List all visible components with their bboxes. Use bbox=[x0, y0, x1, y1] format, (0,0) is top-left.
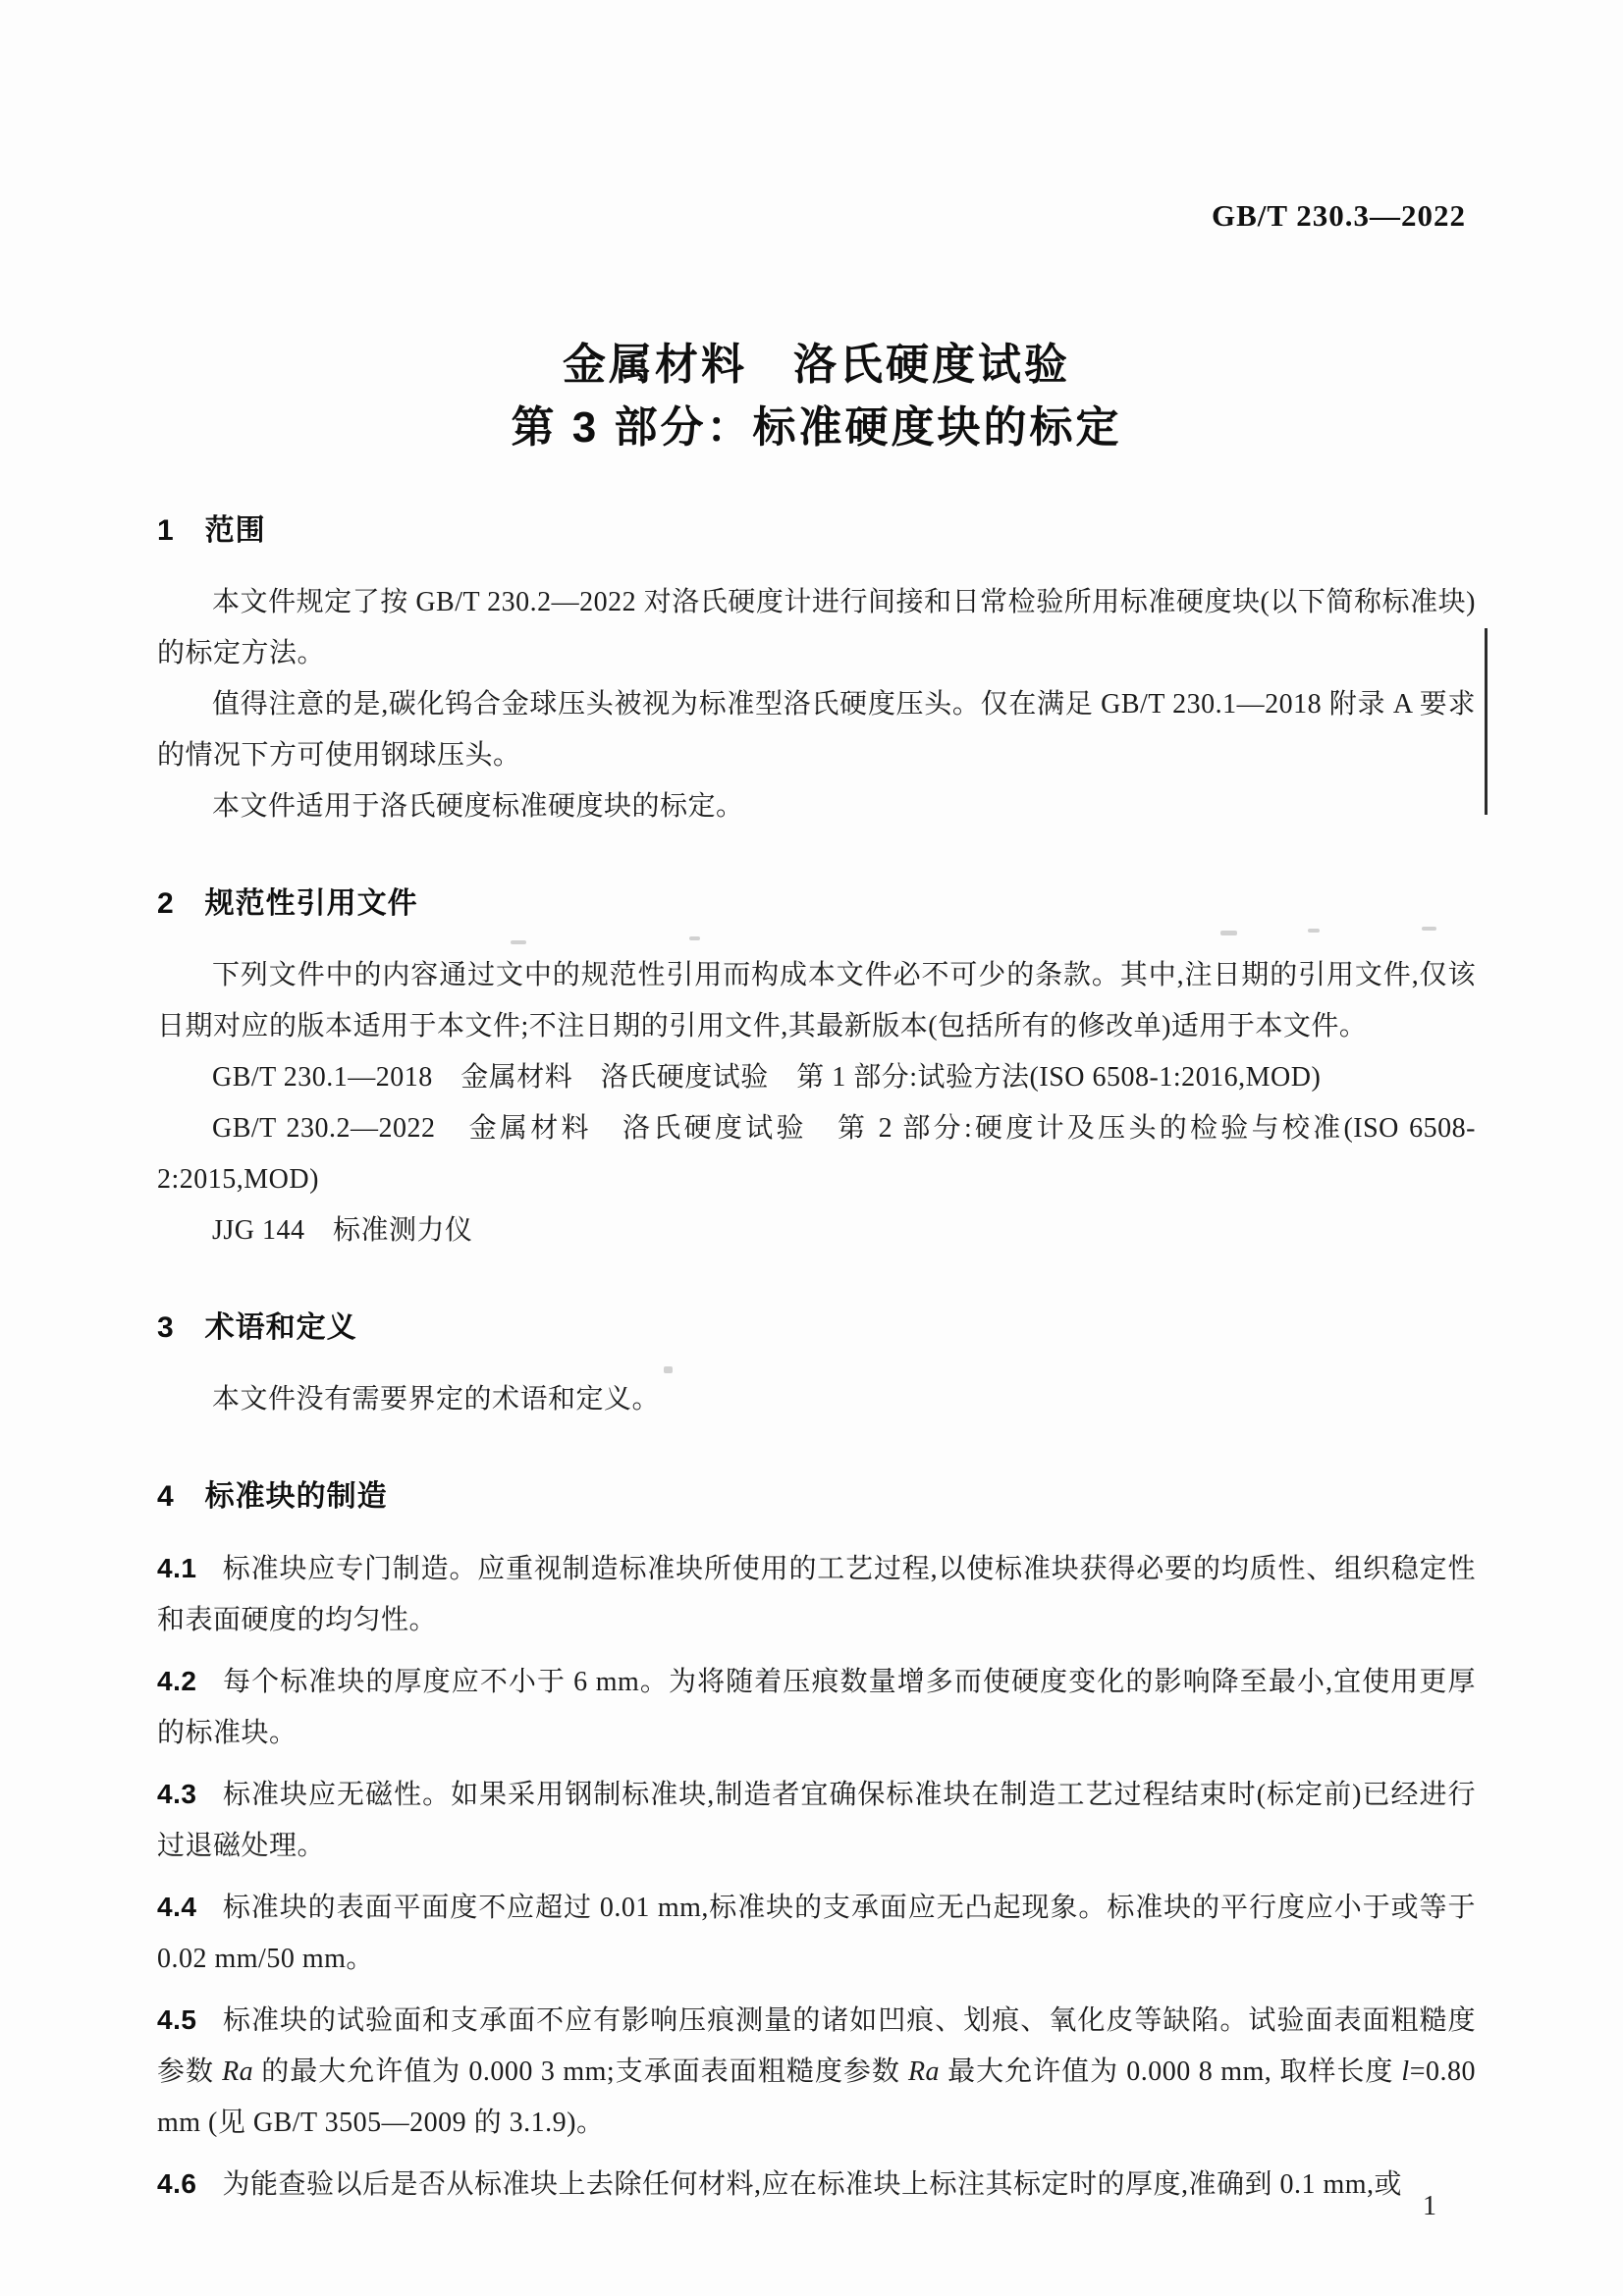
section-1-scope-heading: 1 范围 bbox=[157, 514, 1476, 548]
document-page: GB/T 230.3—2022 金属材料 洛氏硬度试验 第 3 部分：标准硬度块… bbox=[0, 0, 1623, 2296]
document-title-line2: 第 3 部分：标准硬度块的标定 bbox=[157, 397, 1476, 459]
document-title: 金属材料 洛氏硬度试验 第 3 部分：标准硬度块的标定 bbox=[157, 334, 1476, 459]
clause-text: 标准块应无磁性。如果采用钢制标准块,制造者宜确保标准块在制造工艺过程结束时(标定… bbox=[157, 1780, 1476, 1861]
clause-number: 4.4 bbox=[157, 1892, 196, 1922]
scan-artifact bbox=[1220, 931, 1237, 935]
clause-number: 4.3 bbox=[157, 1779, 196, 1809]
section-3-terms-heading: 3 术语和定义 bbox=[157, 1311, 1476, 1345]
clause-4-4: 4.4标准块的表面平面度不应超过 0.01 mm,标准块的支承面应无凸起现象。标… bbox=[157, 1882, 1476, 1985]
clause-number: 4.5 bbox=[157, 2004, 196, 2035]
page-number: 1 bbox=[1423, 2191, 1436, 2222]
scope-paragraph-2: 值得注意的是,碳化钨合金球压头被视为标准型洛氏硬度压头。仅在满足 GB/T 23… bbox=[157, 679, 1476, 781]
normative-reference-item-1: GB/T 230.1—2018 金属材料 洛氏硬度试验 第 1 部分:试验方法(… bbox=[157, 1052, 1476, 1103]
scope-paragraph-3: 本文件适用于洛氏硬度标准硬度块的标定。 bbox=[157, 781, 1476, 832]
section-2-normative-references-heading: 2 规范性引用文件 bbox=[157, 887, 1476, 921]
clause-4-5: 4.5标准块的试验面和支承面不应有影响压痕测量的诸如凹痕、划痕、氧化皮等缺陷。试… bbox=[157, 1995, 1476, 2149]
scan-artifact bbox=[689, 936, 700, 940]
clause-text: 每个标准块的厚度应不小于 6 mm。为将随着压痕数量增多而使硬度变化的影响降至最… bbox=[157, 1667, 1476, 1748]
scan-artifact bbox=[664, 1366, 673, 1373]
section-4-manufacture-heading: 4 标准块的制造 bbox=[157, 1480, 1476, 1514]
scan-artifact bbox=[1308, 929, 1320, 933]
scope-paragraph-1: 本文件规定了按 GB/T 230.2—2022 对洛氏硬度计进行间接和日常检验所… bbox=[157, 577, 1476, 679]
variable-Ra: Ra bbox=[222, 2056, 253, 2087]
variable-Ra: Ra bbox=[908, 2056, 940, 2087]
clause-number: 4.2 bbox=[157, 1666, 196, 1696]
normative-references-paragraph: 下列文件中的内容通过文中的规范性引用而构成本文件必不可少的条款。其中,注日期的引… bbox=[157, 950, 1476, 1052]
clause-text-part: 最大允许值为 0.000 8 mm, 取样长度 bbox=[940, 2056, 1401, 2087]
variable-l: l bbox=[1401, 2056, 1409, 2087]
normative-reference-item-2: GB/T 230.2—2022 金属材料 洛氏硬度试验 第 2 部分:硬度计及压… bbox=[157, 1103, 1476, 1205]
clause-4-2: 4.2每个标准块的厚度应不小于 6 mm。为将随着压痕数量增多而使硬度变化的影响… bbox=[157, 1656, 1476, 1759]
clause-4-3: 4.3标准块应无磁性。如果采用钢制标准块,制造者宜确保标准块在制造工艺过程结束时… bbox=[157, 1769, 1476, 1872]
scan-artifact bbox=[511, 940, 526, 944]
scan-artifact bbox=[1422, 927, 1436, 931]
revision-change-bar bbox=[1485, 628, 1488, 815]
terms-paragraph: 本文件没有需要界定的术语和定义。 bbox=[157, 1374, 1476, 1425]
clause-number: 4.1 bbox=[157, 1553, 196, 1583]
clause-text: 标准块的表面平面度不应超过 0.01 mm,标准块的支承面应无凸起现象。标准块的… bbox=[157, 1893, 1476, 1974]
clause-number: 4.6 bbox=[157, 2168, 196, 2199]
clause-text: 为能查验以后是否从标准块上去除任何材料,应在标准块上标注其标定时的厚度,准确到 … bbox=[222, 2169, 1402, 2200]
clause-4-6: 4.6为能查验以后是否从标准块上去除任何材料,应在标准块上标注其标定时的厚度,准… bbox=[157, 2159, 1476, 2211]
clause-text: 标准块应专门制造。应重视制造标准块所使用的工艺过程,以使标准块获得必要的均质性、… bbox=[157, 1554, 1476, 1635]
normative-reference-item-3: JJG 144 标准测力仪 bbox=[157, 1205, 1476, 1256]
page-content: 金属材料 洛氏硬度试验 第 3 部分：标准硬度块的标定 1 范围 本文件规定了按… bbox=[157, 0, 1476, 2211]
clause-4-1: 4.1标准块应专门制造。应重视制造标准块所使用的工艺过程,以使标准块获得必要的均… bbox=[157, 1543, 1476, 1646]
document-title-line1: 金属材料 洛氏硬度试验 bbox=[157, 334, 1476, 397]
clause-text-part: 的最大允许值为 0.000 3 mm;支承面表面粗糙度参数 bbox=[253, 2056, 908, 2087]
